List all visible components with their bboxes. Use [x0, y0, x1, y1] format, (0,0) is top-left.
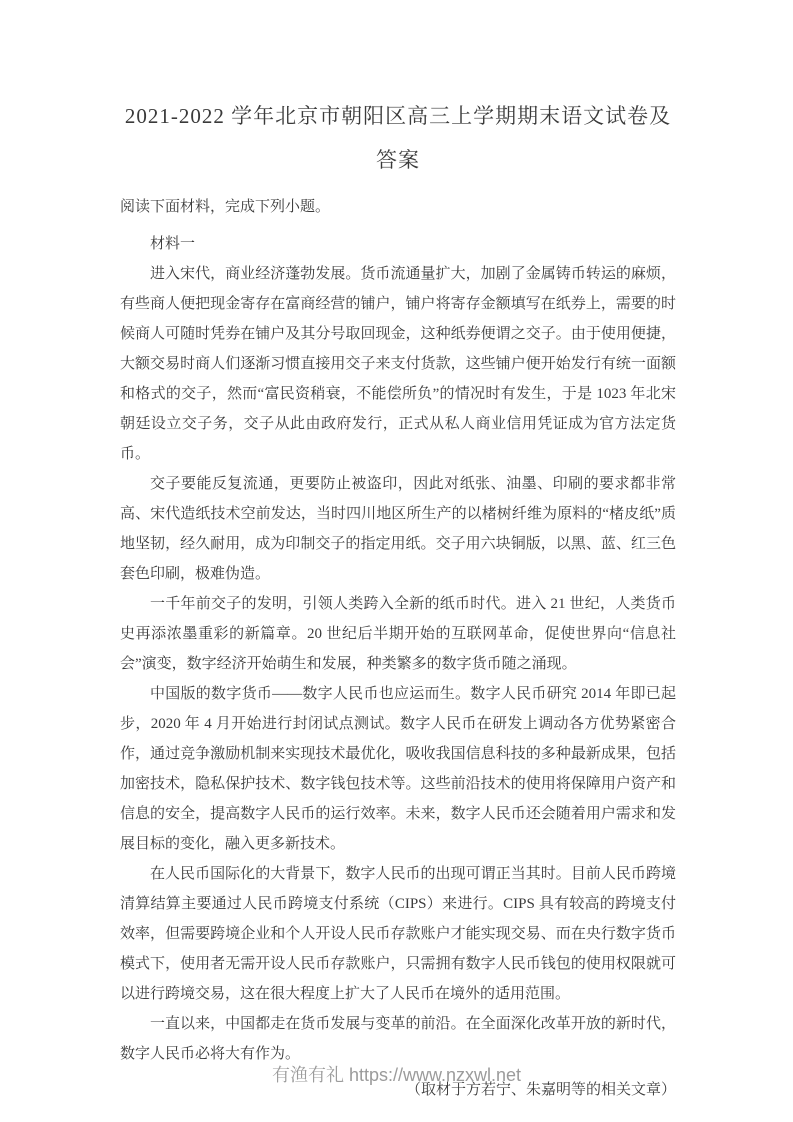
paragraph-5: 在人民币国际化的大背景下，数字人民币的出现可谓正当其时。目前人民币跨境清算结算主… [120, 859, 676, 1009]
paragraph-4: 中国版的数字货币——数字人民币也应运而生。数字人民币研究 2014 年即已起步，… [120, 679, 676, 859]
reading-instruction: 阅读下面材料，完成下列小题。 [120, 192, 676, 222]
paragraph-3: 一千年前交子的发明，引领人类跨入全新的纸币时代。进入 21 世纪，人类货币史再添… [120, 589, 676, 679]
page-title: 2021-2022 学年北京市朝阳区高三上学期期末语文试卷及答案 [120, 94, 676, 182]
paragraph-2: 交子要能反复流通，更要防止被盗印，因此对纸张、油墨、印刷的要求都非常高、宋代造纸… [120, 469, 676, 589]
footer-watermark: 有渔有礼 https://www.nzxwl.net [0, 1062, 793, 1088]
paragraph-1: 进入宋代，商业经济蓬勃发展。货币流通量扩大，加剧了金属铸币转运的麻烦，有些商人便… [120, 259, 676, 469]
document-content: 2021-2022 学年北京市朝阳区高三上学期期末语文试卷及答案 阅读下面材料，… [120, 94, 676, 1105]
section-label-material-one: 材料一 [120, 229, 676, 259]
paragraph-6: 一直以来，中国都走在货币发展与变革的前沿。在全面深化改革开放的新时代，数字人民币… [120, 1009, 676, 1069]
document-page: 2021-2022 学年北京市朝阳区高三上学期期末语文试卷及答案 阅读下面材料，… [0, 0, 793, 1122]
